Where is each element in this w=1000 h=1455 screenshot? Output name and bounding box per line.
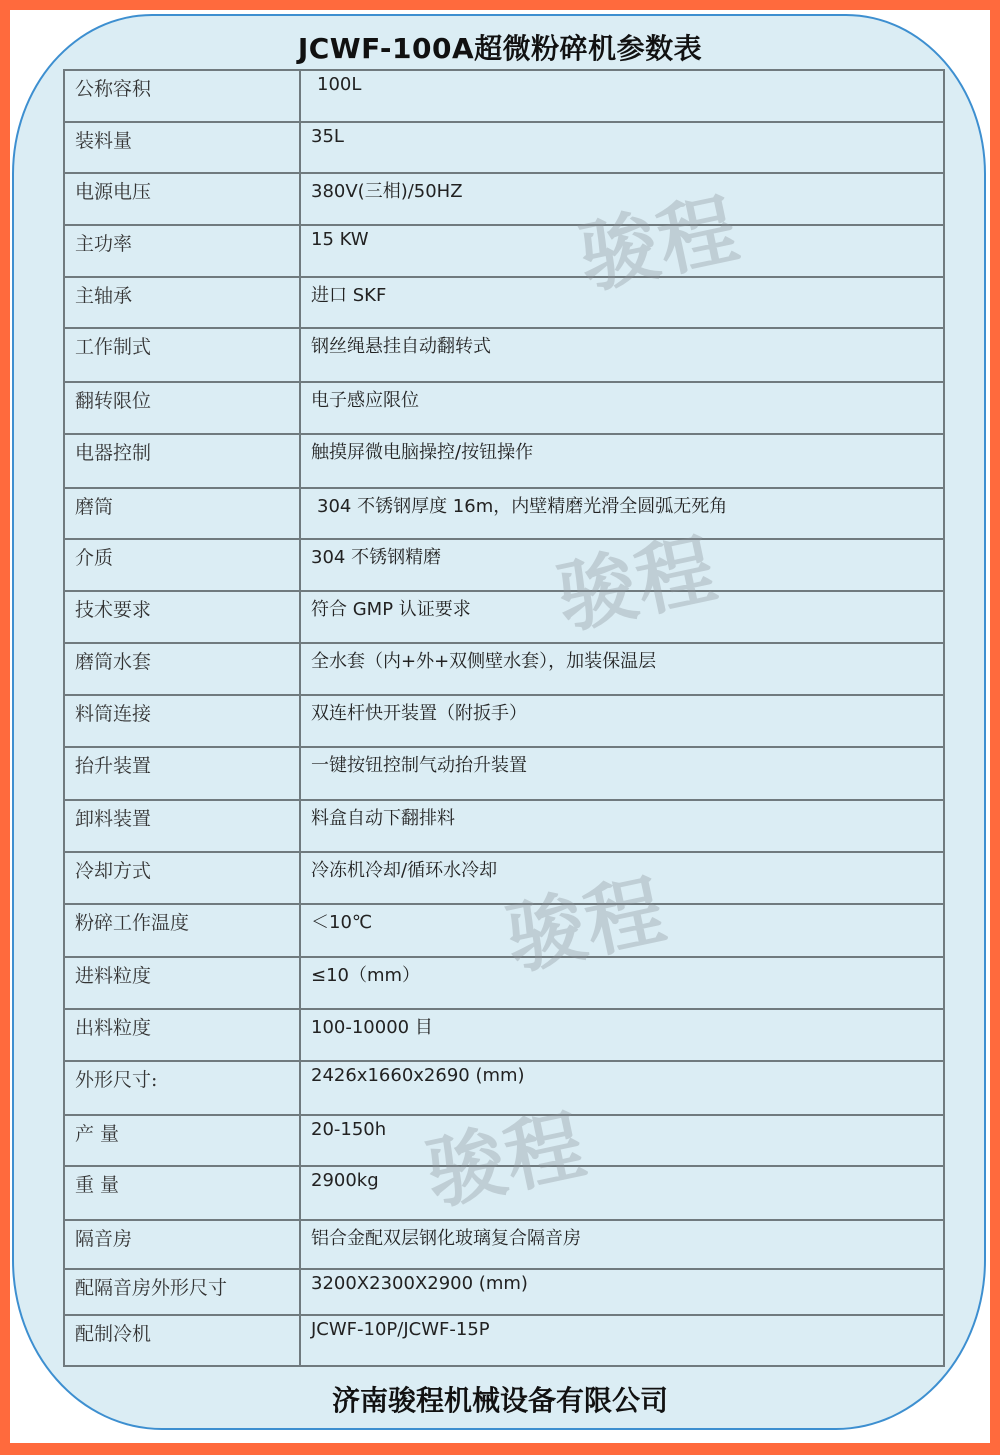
row-label: 介质 bbox=[75, 543, 113, 570]
table-row: 装料量 35L bbox=[65, 121, 943, 173]
table-row: 重 量 2900kg bbox=[65, 1165, 943, 1219]
page-title: JCWF-100A超微粉碎机参数表 bbox=[0, 27, 1000, 67]
row-value: 双连杆快开装置（附扳手） bbox=[311, 699, 527, 725]
row-label: 粉碎工作温度 bbox=[75, 908, 189, 935]
table-row: 介质 304 不锈钢精磨 bbox=[65, 538, 943, 590]
row-label: 料筒连接 bbox=[75, 699, 151, 726]
company-name: 济南骏程机械设备有限公司 bbox=[0, 1379, 1000, 1419]
table-row: 主功率 15 KW bbox=[65, 224, 943, 276]
row-value: 进口 SKF bbox=[311, 281, 386, 307]
table-row: 主轴承 进口 SKF bbox=[65, 276, 943, 328]
table-row: 磨筒 304 不锈钢厚度 16m，内壁精磨光滑全圆弧无死角 bbox=[65, 487, 943, 538]
row-label: 配隔音房外形尺寸 bbox=[75, 1273, 227, 1300]
table-row: 冷却方式 冷冻机冷却/循环水冷却 bbox=[65, 851, 943, 903]
table-row: 磨筒水套 全水套（内+外+双侧壁水套），加装保温层 bbox=[65, 642, 943, 694]
row-label: 翻转限位 bbox=[75, 386, 151, 413]
row-value: 304 不锈钢精磨 bbox=[311, 543, 441, 569]
row-label: 产 量 bbox=[75, 1119, 119, 1146]
row-label: 电源电压 bbox=[75, 177, 151, 204]
row-label: 磨筒水套 bbox=[75, 647, 151, 674]
spec-table: 公称容积 100L 装料量 35L 电源电压 380V(三相)/50HZ 主功率… bbox=[63, 69, 945, 1367]
row-label: 配制冷机 bbox=[75, 1319, 151, 1346]
table-row: 进料粒度 ≤10（mm） bbox=[65, 956, 943, 1008]
row-label: 工作制式 bbox=[75, 332, 151, 359]
row-value: 100-10000 目 bbox=[311, 1013, 433, 1039]
table-row: 电器控制 触摸屏微电脑操控/按钮操作 bbox=[65, 433, 943, 487]
table-row: 技术要求 符合 GMP 认证要求 bbox=[65, 590, 943, 642]
row-value: 2426x1660x2690 (mm) bbox=[311, 1065, 525, 1086]
row-value: JCWF-10P/JCWF-15P bbox=[311, 1319, 490, 1340]
row-value: 触摸屏微电脑操控/按钮操作 bbox=[311, 438, 533, 464]
row-value: 符合 GMP 认证要求 bbox=[311, 595, 471, 621]
row-value: ≤10（mm） bbox=[311, 961, 420, 987]
row-value: 全水套（内+外+双侧壁水套），加装保温层 bbox=[311, 647, 656, 673]
row-label: 电器控制 bbox=[75, 438, 151, 465]
row-label: 重 量 bbox=[75, 1170, 119, 1197]
row-value: 35L bbox=[311, 126, 344, 147]
table-row: 卸料装置 料盒自动下翻排料 bbox=[65, 799, 943, 851]
row-value: 20-150h bbox=[311, 1119, 386, 1140]
row-value: 料盒自动下翻排料 bbox=[311, 804, 455, 830]
row-label: 公称容积 bbox=[75, 74, 151, 101]
row-label: 卸料装置 bbox=[75, 804, 151, 831]
row-label: 出料粒度 bbox=[75, 1013, 151, 1040]
row-value: 3200X2300X2900 (mm) bbox=[311, 1273, 528, 1294]
row-label: 主轴承 bbox=[75, 281, 132, 308]
table-row: 料筒连接 双连杆快开装置（附扳手） bbox=[65, 694, 943, 746]
table-row: 抬升装置 一键按钮控制气动抬升装置 bbox=[65, 746, 943, 799]
row-value: ＜10℃ bbox=[311, 908, 372, 934]
table-row: 粉碎工作温度 ＜10℃ bbox=[65, 903, 943, 956]
row-label: 装料量 bbox=[75, 126, 132, 153]
row-label: 主功率 bbox=[75, 229, 132, 256]
row-value: 钢丝绳悬挂自动翻转式 bbox=[311, 332, 491, 358]
table-row: 隔音房 铝合金配双层钢化玻璃复合隔音房 bbox=[65, 1219, 943, 1268]
row-value: 380V(三相)/50HZ bbox=[311, 177, 463, 203]
table-row: 公称容积 100L bbox=[65, 71, 943, 123]
table-row: 产 量 20-150h bbox=[65, 1114, 943, 1165]
row-label: 隔音房 bbox=[75, 1224, 132, 1251]
table-row: 外形尺寸: 2426x1660x2690 (mm) bbox=[65, 1060, 943, 1114]
row-value: 铝合金配双层钢化玻璃复合隔音房 bbox=[311, 1224, 581, 1250]
row-label: 进料粒度 bbox=[75, 961, 151, 988]
row-label: 技术要求 bbox=[75, 595, 151, 622]
row-value: 电子感应限位 bbox=[311, 386, 419, 412]
table-row: 出料粒度 100-10000 目 bbox=[65, 1008, 943, 1060]
table-row: 配制冷机 JCWF-10P/JCWF-15P bbox=[65, 1314, 943, 1365]
row-label: 冷却方式 bbox=[75, 856, 151, 883]
table-row: 配隔音房外形尺寸 3200X2300X2900 (mm) bbox=[65, 1268, 943, 1314]
row-value: 2900kg bbox=[311, 1170, 379, 1191]
table-row: 电源电压 380V(三相)/50HZ bbox=[65, 172, 943, 224]
table-row: 翻转限位 电子感应限位 bbox=[65, 381, 943, 433]
row-label: 抬升装置 bbox=[75, 751, 151, 778]
table-row: 工作制式 钢丝绳悬挂自动翻转式 bbox=[65, 327, 943, 381]
row-value: 一键按钮控制气动抬升装置 bbox=[311, 751, 527, 777]
row-value: 冷冻机冷却/循环水冷却 bbox=[311, 856, 497, 882]
row-value: 15 KW bbox=[311, 229, 369, 250]
row-label: 磨筒 bbox=[75, 492, 113, 519]
row-value: 304 不锈钢厚度 16m，内壁精磨光滑全圆弧无死角 bbox=[317, 492, 727, 518]
row-label: 外形尺寸: bbox=[75, 1065, 157, 1092]
row-value: 100L bbox=[317, 74, 361, 95]
